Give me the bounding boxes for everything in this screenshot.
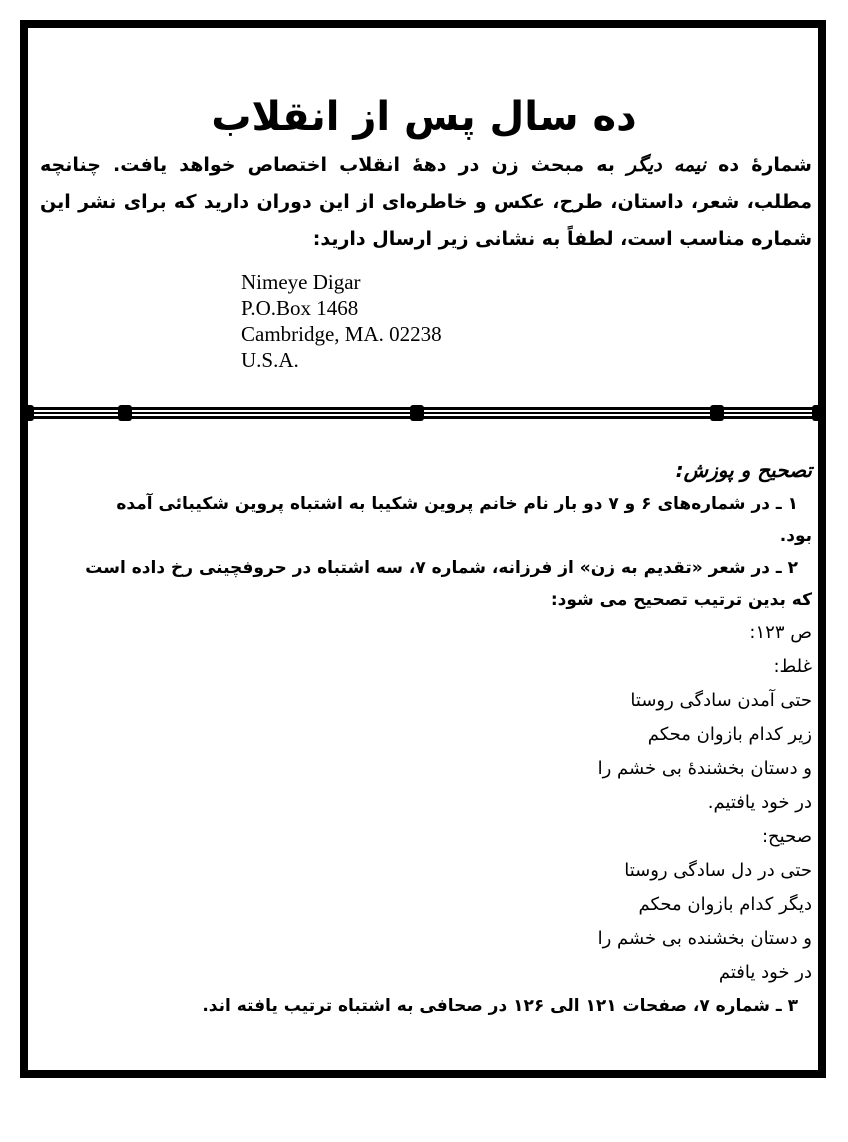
errata-item-1-line-2: بود.	[40, 520, 812, 552]
mailing-address: Nimeye Digar P.O.Box 1468 Cambridge, MA.…	[241, 269, 442, 373]
correct-line-4: در خود یافتم	[40, 956, 812, 990]
section-divider	[20, 405, 826, 421]
wrong-line-4: در خود یافتیم.	[40, 786, 812, 820]
errata-heading: تصحیح و پوزش:	[40, 452, 812, 488]
errata-item-3: ۳ ـ شماره ۷، صفحات ۱۲۱ الی ۱۲۶ در صحافی …	[40, 990, 812, 1022]
wrong-line-1: حتی آمدن سادگی روستا	[40, 684, 812, 718]
correct-line-2: دیگر کدام بازوان محکم	[40, 888, 812, 922]
wrong-label: غلط:	[40, 650, 812, 684]
wrong-line-3: و دستان بخشندهٔ بی خشم را	[40, 752, 812, 786]
correct-line-1: حتی در دل سادگی روستا	[40, 854, 812, 888]
announcement-title: ده سال پس از انقلاب	[40, 89, 808, 145]
errata-item-2-line-1: ۲ ـ در شعر «تقدیم به زن» از فرزانه، شمار…	[40, 552, 812, 584]
magazine-name: نیمه دیگر	[627, 154, 706, 176]
page-reference: ص ۱۲۳:	[40, 616, 812, 650]
errata-item-2-line-2: که بدین ترتیب تصحیح می شود:	[40, 584, 812, 616]
paragraph-text-1: شمارهٔ ده	[706, 154, 812, 176]
errata-section: تصحیح و پوزش: ۱ ـ در شماره‌های ۶ و ۷ دو …	[40, 452, 812, 1022]
address-line-3: Cambridge, MA. 02238	[241, 321, 442, 347]
correct-line-3: و دستان بخشنده بی خشم را	[40, 922, 812, 956]
address-line-2: P.O.Box 1468	[241, 295, 442, 321]
address-line-1: Nimeye Digar	[241, 269, 442, 295]
address-line-4: U.S.A.	[241, 347, 442, 373]
wrong-line-2: زیر کدام بازوان محکم	[40, 718, 812, 752]
announcement-paragraph: شمارهٔ ده نیمه دیگر به مبحث زن در دههٔ ا…	[40, 147, 812, 258]
errata-item-1-line-1: ۱ ـ در شماره‌های ۶ و ۷ دو بار نام خانم پ…	[40, 488, 812, 520]
correct-label: صحیح:	[40, 820, 812, 854]
